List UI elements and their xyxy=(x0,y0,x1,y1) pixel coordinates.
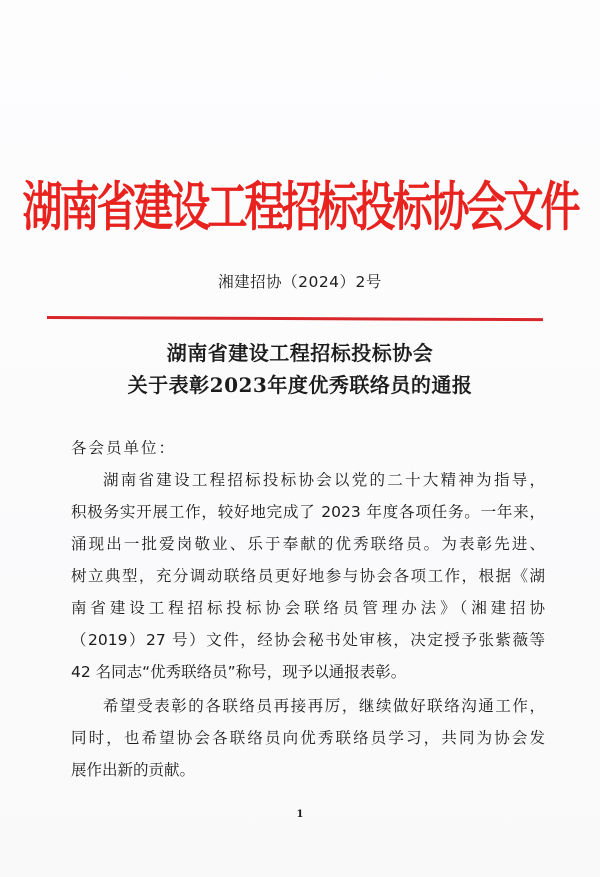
paragraph-2-line-3: 展作出新的贡献。 xyxy=(71,759,545,781)
paragraph-2-line-1: 希望受表彰的各联络员再接再厉，继续做好联络沟通工作， xyxy=(103,695,545,717)
paragraph-1-line-2: 积极务实开展工作，较好地完成了 2023 年度各项任务。一年来， xyxy=(71,501,545,523)
paragraph-1-line-1: 湖南省建设工程招标投标协会以党的二十大精神为指导， xyxy=(103,469,545,491)
document-header-red: 湖南省建设工程招标投标协会文件 xyxy=(0,168,600,247)
paragraph-1-line-7: 42 名同志“优秀联络员”称号，现予以通报表彰。 xyxy=(71,661,545,683)
paragraph-2-line-2: 同时，也希望协会各联络员向优秀联络员学习，共同为协会发 xyxy=(71,727,545,749)
document-title-line-1: 湖南省建设工程招标投标协会 xyxy=(0,338,600,368)
document-number: 湘建招协（2024）2号 xyxy=(0,271,600,293)
page-number: 1 xyxy=(0,808,600,822)
document-page: 湖南省建设工程招标投标协会文件 湘建招协（2024）2号 湖南省建设工程招标投标… xyxy=(0,0,600,877)
salutation: 各会员单位： xyxy=(71,437,176,459)
red-divider-line xyxy=(47,316,543,321)
paragraph-1-line-3: 涌现出一批爱岗敬业、乐于奉献的优秀联络员。为表彰先进、 xyxy=(71,533,545,555)
document-title-line-2: 关于表彰2023年度优秀联络员的通报 xyxy=(0,370,600,400)
paragraph-1-line-5: 南省建设工程招标投标协会联络员管理办法》（湘建招协 xyxy=(71,597,545,619)
paragraph-1-line-4: 树立典型，充分调动联络员更好地参与协会各项工作，根据《湖 xyxy=(71,565,545,587)
paragraph-1-line-6: （2019）27 号）文件，经协会秘书处审核，决定授予张紫薇等 xyxy=(71,629,545,651)
